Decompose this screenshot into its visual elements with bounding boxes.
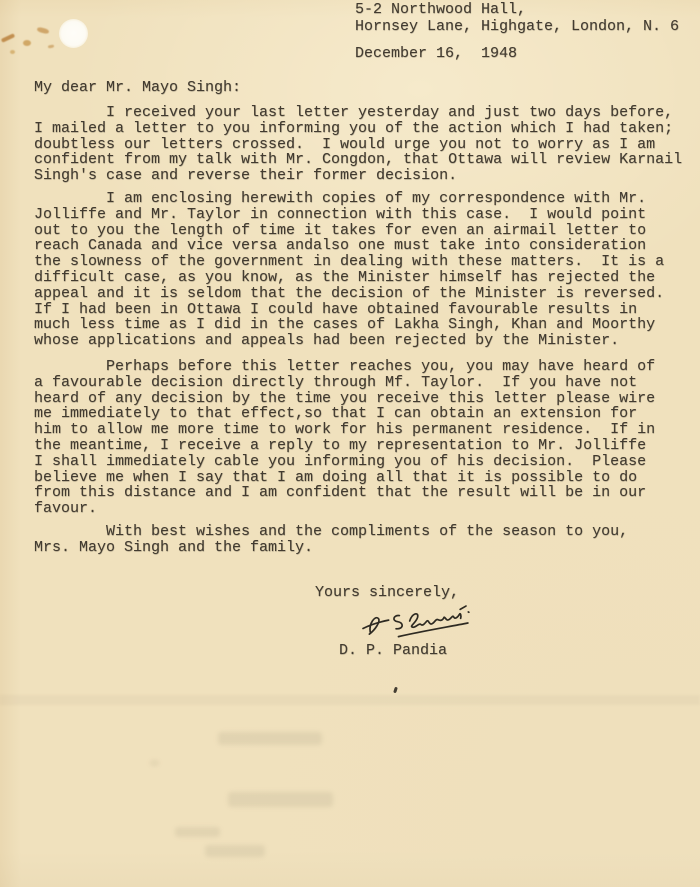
pencil-stain: [1, 33, 15, 43]
paragraph-3: Perhaps before this letter reaches you, …: [34, 359, 655, 517]
ink-bleedthrough: [228, 792, 333, 807]
paragraph-2: I am enclosing herewith copies of my cor…: [34, 191, 664, 349]
paragraph-4: With best wishes and the compliments of …: [34, 524, 628, 556]
signature-drawing: [361, 601, 498, 646]
pencil-stain: [37, 27, 50, 35]
paragraph-1: I received your last letter yesterday an…: [34, 105, 682, 184]
ink-bleedthrough: [150, 760, 159, 766]
salutation: My dear Mr. Mayo Singh:: [34, 80, 241, 96]
closing-line: Yours sincerely,: [315, 585, 459, 601]
pencil-stain: [10, 50, 15, 54]
pencil-stain: [48, 45, 54, 49]
sender-address: 5-2 Northwood Hall, Hornsey Lane, Highga…: [355, 2, 679, 35]
stray-ink-mark: [393, 687, 398, 694]
hole-punch: [59, 19, 88, 48]
ink-bleedthrough: [205, 845, 265, 857]
ink-bleedthrough: [175, 827, 220, 837]
pencil-stain: [23, 40, 31, 46]
letter-date: December 16, 1948: [355, 46, 517, 62]
paper-fold-shadow: [0, 695, 700, 705]
signed-name-typed: D. P. Pandia: [339, 643, 447, 659]
ink-bleedthrough: [218, 732, 322, 745]
letter-page: 5-2 Northwood Hall, Hornsey Lane, Highga…: [0, 0, 700, 887]
